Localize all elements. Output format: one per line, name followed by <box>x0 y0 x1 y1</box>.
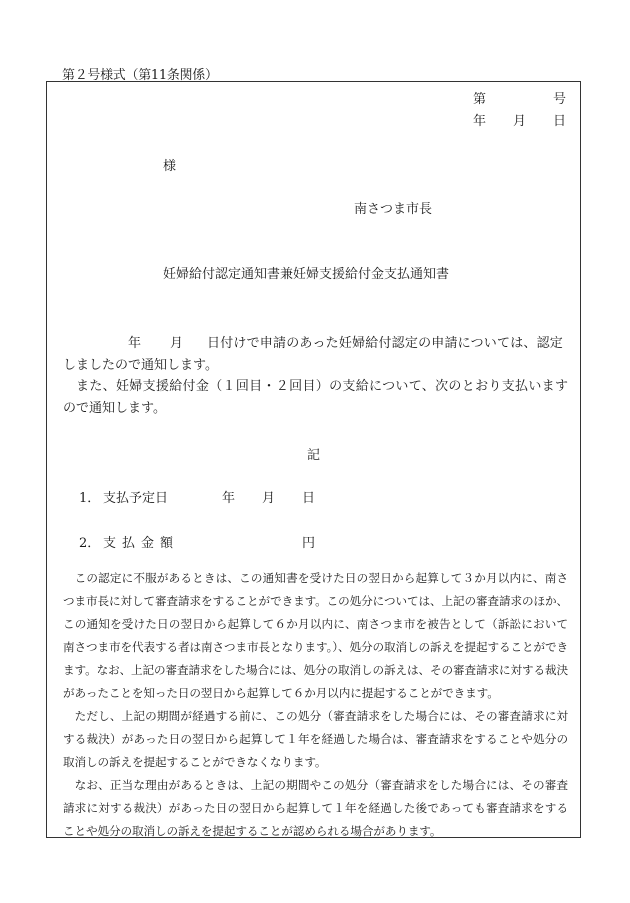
date-year-label: 年 <box>473 110 486 129</box>
item-2-label: 支払金額 <box>103 532 179 551</box>
item-2-number: 2． <box>79 532 100 551</box>
item-1-day: 日 <box>302 487 315 506</box>
document-title: 妊婦給付認定通知書兼妊婦支援給付金支払通知書 <box>163 263 449 282</box>
intro-paragraph-2: また、妊婦支援給付金（１回目・２回目）の支給について、次のとおり支払いますので通… <box>63 376 568 420</box>
intro-month: 月 <box>170 332 183 351</box>
ki-heading: 記 <box>307 444 320 463</box>
intro-year: 年 <box>128 332 141 351</box>
item-1-label: 支払予定日 <box>103 487 168 506</box>
item-1-year: 年 <box>222 487 235 506</box>
item-1-number: 1． <box>79 487 100 506</box>
doc-number-prefix: 第 <box>473 88 486 107</box>
addressee-honorific: 様 <box>163 155 176 174</box>
intro-line1: 日付けで申請のあった妊婦給付認定の申請については、認定 <box>207 332 563 351</box>
item-2-unit: 円 <box>302 532 315 551</box>
date-month-label: 月 <box>513 110 526 129</box>
issuer-name: 南さつま市長 <box>354 198 432 217</box>
appeal-notice: この認定に不服があるときは、この通知書を受けた日の翌日から起算して３か月以内に、… <box>63 567 568 843</box>
doc-number-suffix: 号 <box>553 88 566 107</box>
date-day-label: 日 <box>553 110 566 129</box>
appeal-notice-paragraph-3: なお、正当な理由があるときは、上記の期間やこの処分（審査請求をした場合には、その… <box>63 774 568 843</box>
appeal-notice-paragraph-1: この認定に不服があるときは、この通知書を受けた日の翌日から起算して３か月以内に、… <box>63 567 568 705</box>
intro-line2: しましたので通知します。 <box>63 354 218 373</box>
appeal-notice-paragraph-2: ただし、上記の期間が経過する前に、この処分（審査請求をした場合には、その審査請求… <box>63 705 568 774</box>
item-1-month: 月 <box>262 487 275 506</box>
intro-paragraph-2-text: また、妊婦支援給付金（１回目・２回目）の支給について、次のとおり支払いますので通… <box>63 376 568 420</box>
